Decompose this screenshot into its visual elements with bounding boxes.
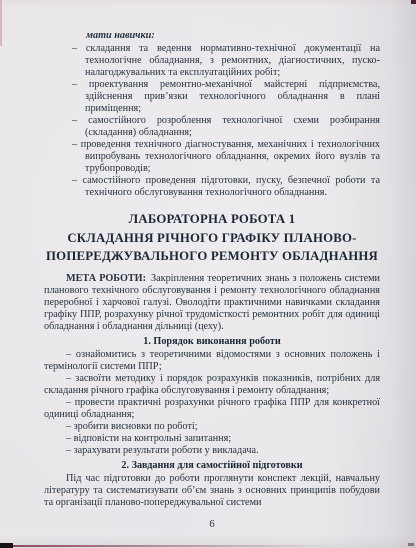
skill-item-4: – проведення технічного діагностування, … <box>72 139 380 175</box>
procedure-item-5: – відповісти на контрольні запитання; <box>44 433 380 445</box>
procedure-item-1: – ознайомитись з теоретичними відомостям… <box>44 349 380 373</box>
procedure-item-3: – провести практичні розрахунки річного … <box>44 397 380 421</box>
photo-artifact-bottom-edge-line <box>13 545 333 547</box>
photo-artifact-bottom-left-corner <box>0 543 13 548</box>
section-1-heading: 1. Порядок виконання роботи <box>44 336 380 348</box>
procedure-item-4: – зробити висновки по роботі; <box>44 421 380 433</box>
page-number: 6 <box>44 519 380 531</box>
photo-artifact-bottom-right-corner <box>408 543 414 546</box>
photo-artifact-top-left-edge <box>0 0 2 46</box>
lab-work-subtitle: СКЛАДАННЯ РІЧНОГО ГРАФІКУ ПЛАНОВО-ПОПЕРЕ… <box>40 229 384 266</box>
lab-work-title: ЛАБОРАТОРНА РОБОТА 1 <box>40 210 384 229</box>
skill-item-5: – самостійного проведення підготовки, пу… <box>72 175 380 199</box>
skill-item-3: – самостійного розроблення технологічної… <box>72 115 380 139</box>
scanned-document-page: мати навички: – складання та ведення нор… <box>0 0 416 548</box>
lab-work-heading: ЛАБОРАТОРНА РОБОТА 1 СКЛАДАННЯ РІЧНОГО Г… <box>40 210 384 266</box>
skill-item-1: – складання та ведення нормативно-техніч… <box>72 43 380 79</box>
section-2-heading: 2. Завдання для самостійної підготовки <box>44 460 380 472</box>
procedure-list: – ознайомитись з теоретичними відомостям… <box>44 349 380 457</box>
procedure-item-2: – засвоїти методику і порядок розрахункі… <box>44 373 380 397</box>
skills-list: – складання та ведення нормативно-техніч… <box>44 43 380 199</box>
goal-paragraph: МЕТА РОБОТИ:Закріплення теоретичних знан… <box>44 273 380 333</box>
skill-item-2: – проектування ремонтно-механічної майст… <box>72 79 380 115</box>
goal-label: МЕТА РОБОТИ: <box>66 273 146 284</box>
intro-label: мати навички: <box>86 30 380 42</box>
procedure-item-6: – зарахувати результати роботи у виклада… <box>44 445 380 457</box>
photo-artifact-top-right-corner <box>411 0 416 4</box>
prep-paragraph: Під час підготовки до роботи проглянути … <box>44 473 380 509</box>
